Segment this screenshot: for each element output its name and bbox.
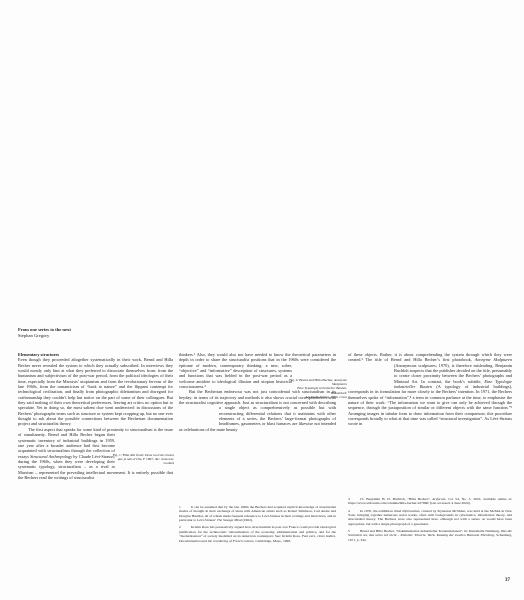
paragraph-text: (A typology of industrial buildings), co… <box>348 384 512 426</box>
footnote-text: (1962). <box>242 518 253 522</box>
footnote-2: 2Kristin Ross has persuasively argued ho… <box>179 525 336 543</box>
footnote-text: In 1970, the exhibition titled <box>360 509 402 513</box>
footnotes-right: 3Cf. Benjamin H. D. Buchloh, “Hilla Bech… <box>348 497 512 545</box>
paragraph: Even though they proceeded altogether sy… <box>18 357 173 426</box>
footnote-text: , Cambridge, Mass., 1996. <box>254 539 291 543</box>
caption-text: Art-Press-Verlag, 1970, cover <box>305 395 347 399</box>
footnotes-middle: 1It can be assumed that by the late 1960… <box>179 505 336 546</box>
footnote-text: It can be assumed that by the late 1960s… <box>179 505 336 522</box>
column-right: of these objects. Rather, it is about co… <box>348 352 512 427</box>
page-number: 37 <box>505 578 510 583</box>
footnote-text: Cf. Benjamin H. D. Buchloh, “Hilla Beche… <box>360 497 432 501</box>
book-title: Anonyme Skulpturen <box>332 378 347 386</box>
paragraph-text: Even though they proceeded altogether sy… <box>18 357 173 426</box>
footnote-3: 3Cf. Benjamin H. D. Buchloh, “Hilla Bech… <box>348 497 512 506</box>
footnote-italic: Information <box>402 509 419 513</box>
caption-text: , F 1967, dir.: Jean-Luc Godard <box>141 457 174 465</box>
figure-2-caption: Fig. 2: Bernd and Hilla Becher, Anonyme … <box>285 378 347 399</box>
paragraph: of these objects. Rather, it is about co… <box>348 352 512 427</box>
book-title: Structural Anthropology <box>30 454 72 459</box>
footnote-4: 4In 1970, the exhibition titled Informat… <box>348 509 512 527</box>
book-title: Anonyme Skulpturen <box>475 357 512 362</box>
article-title: From one series to the next <box>18 327 71 333</box>
article-author: Stephan Gregory <box>18 333 71 339</box>
figure-1-caption: Fig. 1: Film still from: Deux ou trois c… <box>112 453 174 466</box>
footnote-1: 1It can be assumed that by the late 1960… <box>179 505 336 523</box>
article-header: From one series to the next Stephan Greg… <box>18 327 71 338</box>
caption-text: Fig. 2: Bernd and Hilla Becher, <box>289 378 334 382</box>
footnote-5: 5Bernd and Hilla Becher, “Dokumentation … <box>348 529 512 542</box>
footnote-italic: The Savage Mind <box>217 518 242 522</box>
footnote-text: Bernd and Hilla Becher, “Dokumentation i… <box>360 529 501 533</box>
footnote-italic: Artforum <box>432 497 445 501</box>
